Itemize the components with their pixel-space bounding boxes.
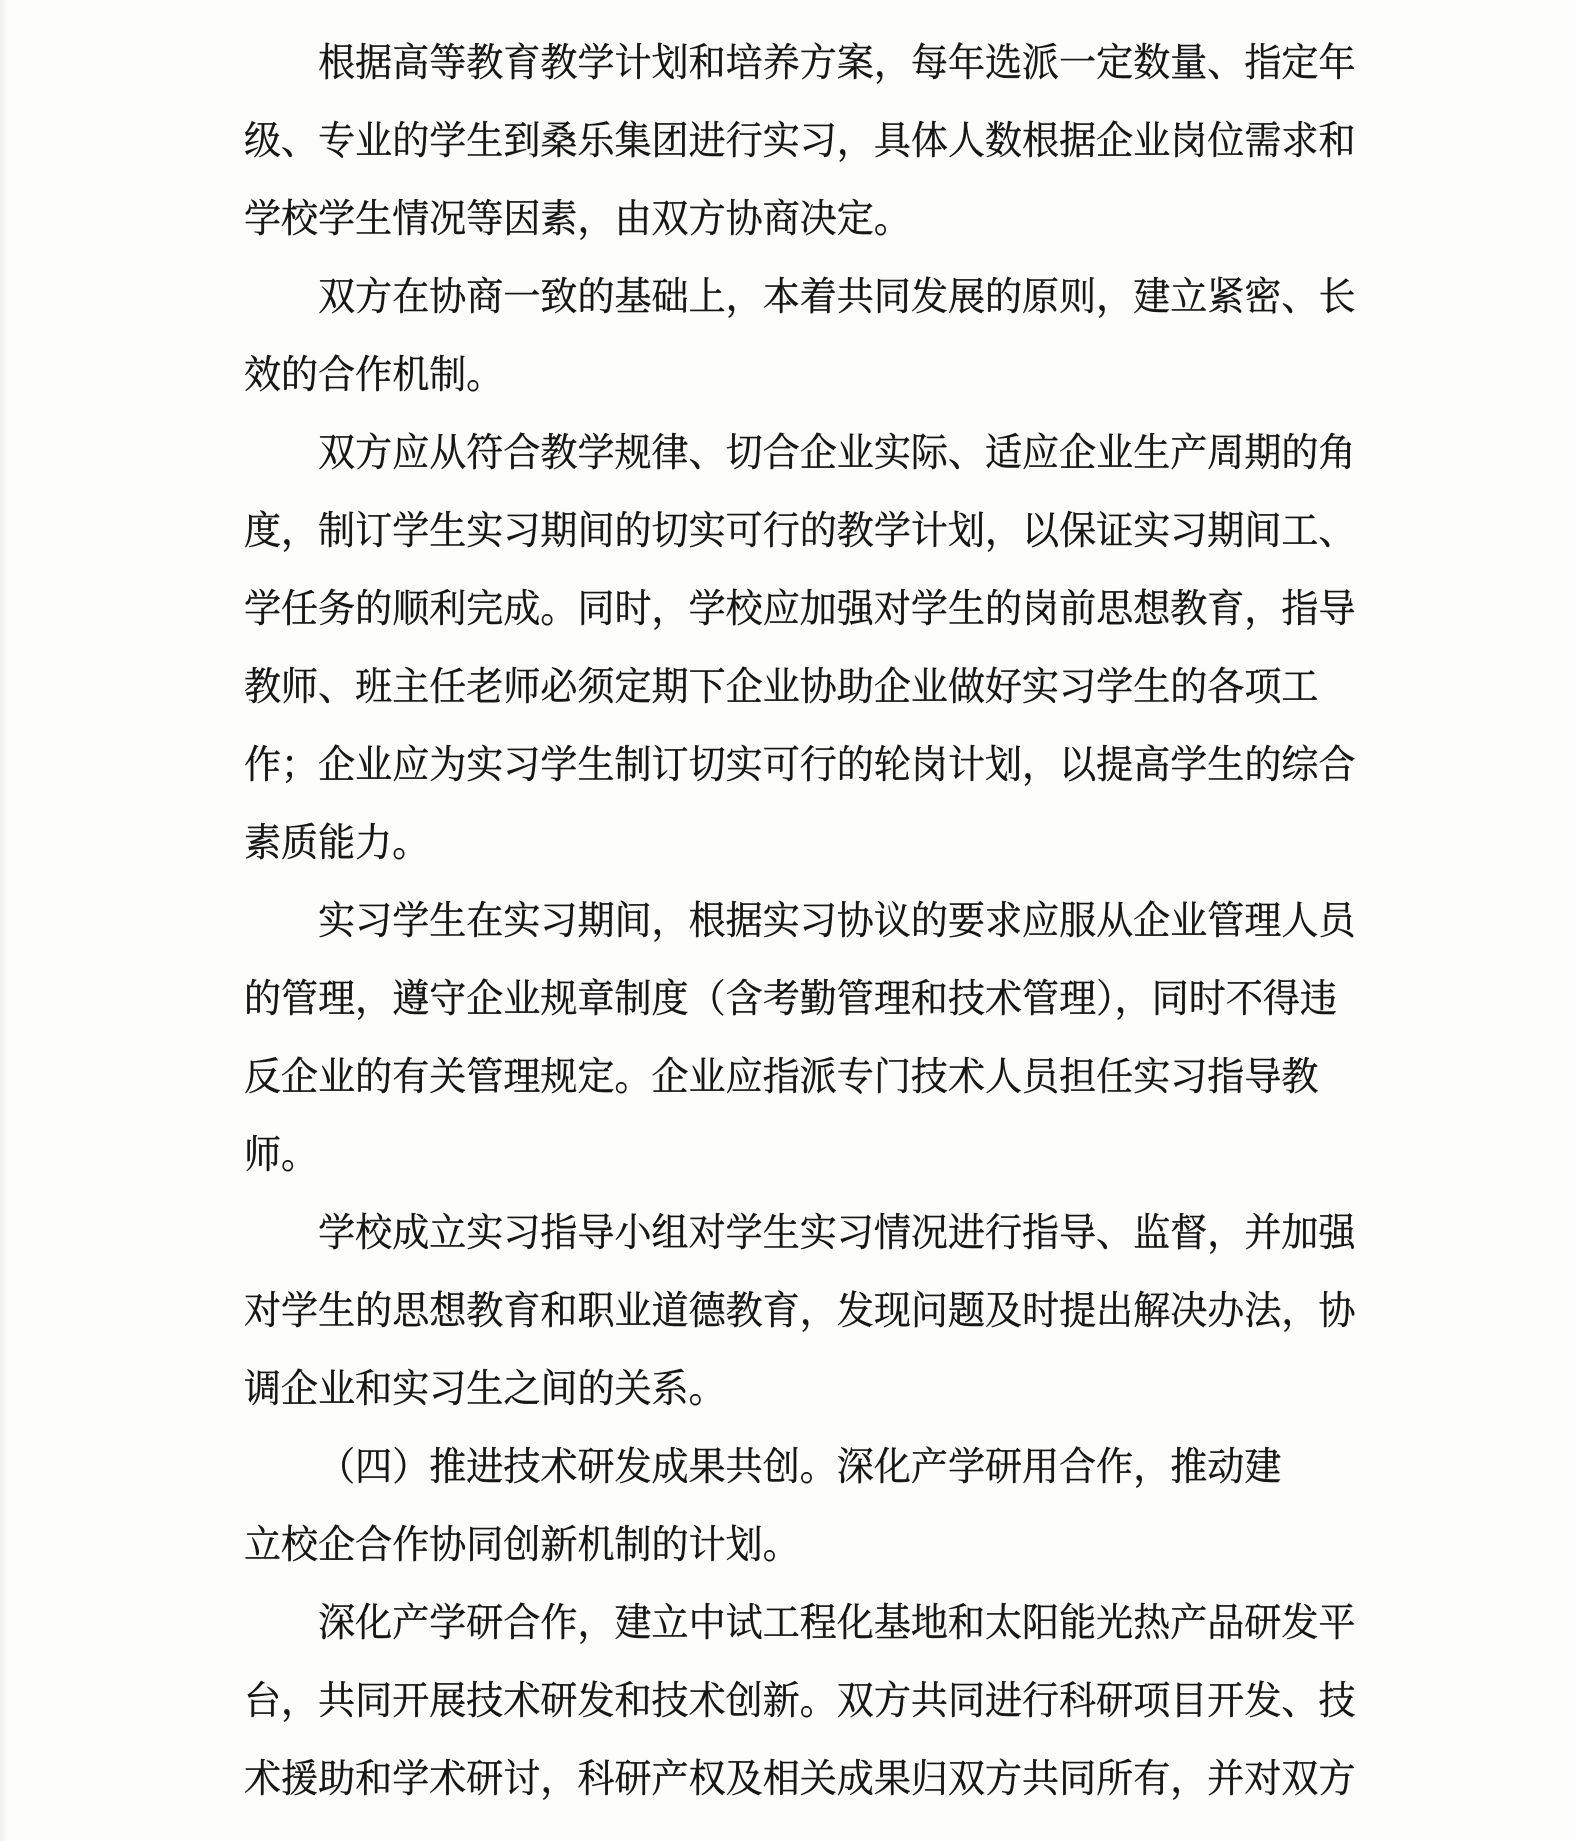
text-line: 度，制订学生实习期间的切实可行的教学计划，以保证实习期间工、 xyxy=(244,493,1365,571)
text-line: 术援助和学术研讨，科研产权及相关成果归双方共同所有，并对双方 xyxy=(244,1741,1365,1819)
text-line: 师。 xyxy=(244,1117,1365,1195)
document-text-block: 根据高等教育教学计划和培养方案，每年选派一定数量、指定年 级、专业的学生到桑乐集… xyxy=(244,25,1365,1819)
text-line: 根据高等教育教学计划和培养方案，每年选派一定数量、指定年 xyxy=(244,25,1365,103)
text-line: 台，共同开展技术研发和技术创新。双方共同进行科研项目开发、技 xyxy=(244,1663,1365,1741)
text-line: 双方在协商一致的基础上，本着共同发展的原则，建立紧密、长 xyxy=(244,259,1365,337)
text-line: 学校成立实习指导小组对学生实习情况进行指导、监督，并加强 xyxy=(244,1195,1365,1273)
text-line: 深化产学研合作，建立中试工程化基地和太阳能光热产品研发平 xyxy=(244,1585,1365,1663)
text-line: 作；企业应为实习学生制订切实可行的轮岗计划，以提高学生的综合 xyxy=(244,727,1365,805)
text-line: （四）推进技术研发成果共创。深化产学研用合作，推动建 xyxy=(244,1429,1365,1507)
text-line: 反企业的有关管理规定。企业应指派专门技术人员担任实习指导教 xyxy=(244,1039,1365,1117)
document-page: 根据高等教育教学计划和培养方案，每年选派一定数量、指定年 级、专业的学生到桑乐集… xyxy=(0,0,1577,1841)
text-line: 对学生的思想教育和职业道德教育，发现问题及时提出解决办法，协 xyxy=(244,1273,1365,1351)
text-line: 学校学生情况等因素，由双方协商决定。 xyxy=(244,181,1365,259)
text-line: 级、专业的学生到桑乐集团进行实习，具体人数根据企业岗位需求和 xyxy=(244,103,1365,181)
text-line: 的管理，遵守企业规章制度（含考勤管理和技术管理），同时不得违 xyxy=(244,961,1365,1039)
text-line: 学任务的顺利完成。同时，学校应加强对学生的岗前思想教育，指导 xyxy=(244,571,1365,649)
text-line: 双方应从符合教学规律、切合企业实际、适应企业生产周期的角 xyxy=(244,415,1365,493)
text-line: 立校企合作协同创新机制的计划。 xyxy=(244,1507,1365,1585)
text-line: 素质能力。 xyxy=(244,805,1365,883)
text-line: 实习学生在实习期间，根据实习协议的要求应服从企业管理人员 xyxy=(244,883,1365,961)
text-line: 教师、班主任老师必须定期下企业协助企业做好实习学生的各项工 xyxy=(244,649,1365,727)
text-line: 调企业和实习生之间的关系。 xyxy=(244,1351,1365,1429)
text-line: 效的合作机制。 xyxy=(244,337,1365,415)
